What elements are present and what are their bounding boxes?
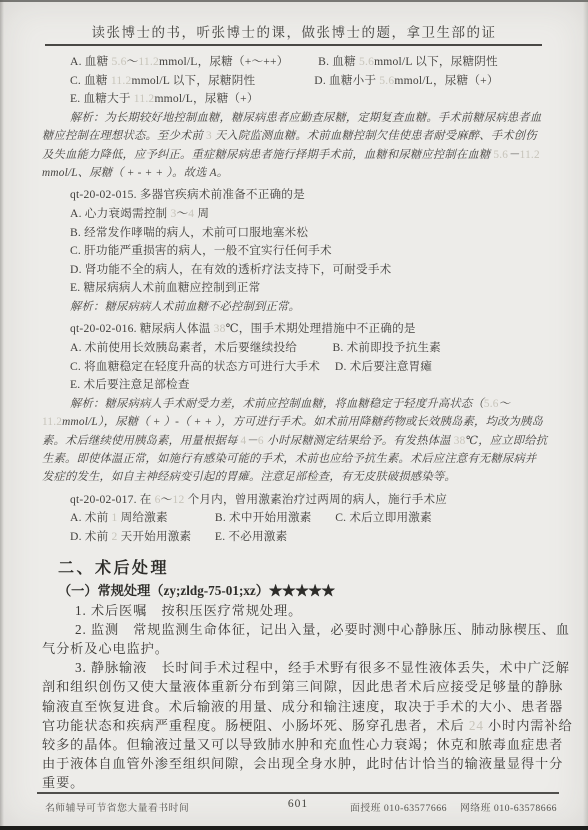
- faded-number: 5.6: [484, 398, 499, 410]
- scan-edge-bottom: [0, 826, 588, 830]
- body-line: 输液直至恢复进食。术后输液的用量、成分和输注速度，取决于手术的大小、患者器: [42, 697, 556, 716]
- scan-edge-right: [583, 0, 588, 830]
- footer-tagline: 名师辅导可节省您大量看书时间: [45, 800, 189, 814]
- faded-number: 1: [111, 511, 117, 524]
- body-line: 由于液体自血管外渗至组织间隙，会出现全身水肿，此时估计恰当的输液量显得十分: [42, 754, 556, 773]
- question-line: qt-20-02-015. 多器官疾病术前准备不正确的是: [42, 186, 556, 205]
- option-line: D. 肾功能不全的病人，在有效的透析疗法支持下，可耐受手术: [42, 261, 556, 280]
- faded-number: 6: [155, 493, 161, 506]
- option-line: B. 经常发作哮喘的病人，术前可口服地塞米松: [42, 224, 556, 243]
- faded-number: 38: [214, 322, 226, 335]
- body-line: 剖和组织创伤又使大量液体重新分布到第三间隙，因此患者术后应接受足够量的静脉: [42, 677, 556, 696]
- faded-number: 11.2: [111, 74, 132, 87]
- faded-number: 11.2: [138, 55, 159, 68]
- faded-number: 11.2: [42, 416, 62, 428]
- analysis-line: 11.2mmol/L），尿糖（ + ）-（ + + ），方可进行手术。如术前用降…: [42, 413, 556, 431]
- faded-number: 3: [170, 207, 176, 220]
- scan-edge-left: [0, 0, 4, 830]
- header-rule: [45, 44, 542, 46]
- option-line: C. 肝功能严重损害的病人，一般不宜实行任何手术: [42, 242, 556, 261]
- option-line: C. 将血糖稳定在轻度升高的状态方可进行大手术 D. 术后要注意胃瘫: [42, 358, 556, 377]
- option-line: A. 心力衰竭需控制 3～4 周: [42, 205, 556, 224]
- section-heading: 二、术后处理: [42, 557, 556, 580]
- analysis-line: 及失血能力降低，应予纠正。重症糖尿病患者施行择期手术前，血糖和尿糖应控制在血糖 …: [42, 146, 556, 164]
- faded-number: 2: [111, 530, 117, 543]
- body-line: 气分析及心电监护。: [42, 639, 556, 658]
- analysis-line: 解析：糖尿病病人手术耐受力差，术前应控制血糖，将血糖稳定于轻度升高状态（5.6～: [42, 395, 556, 413]
- analysis-line: 生素。即使体温正常，如施行有感染可能的手术，术前也应给予抗生素。术后应注意有无糖…: [42, 450, 556, 468]
- faded-number: 6: [258, 435, 264, 447]
- subsection-heading: （一）常规处理（zy;zldg-75-01;xz）★★★★★: [42, 580, 556, 601]
- analysis-line: mmol/L、尿糖（ + - + + ）。故选 A。: [42, 164, 556, 182]
- body-line: 较多的晶体。但输液过量又可以导致肺水肿和充血性心力衰竭；休克和脓毒血症患者: [42, 735, 556, 754]
- faded-number: 5.6: [359, 55, 374, 68]
- scanned-book-page: 读张博士的书，听张博士的课，做张博士的题，拿卫生部的证 A. 血糖 5.6～11…: [0, 0, 588, 830]
- contact-onsite-class: 面授班 010-63577666: [350, 803, 450, 814]
- option-line: E. 糖尿病病人术前血糖应控制到正常: [42, 279, 556, 298]
- header-slogan: 读张博士的书，听张博士的课，做张博士的题，拿卫生部的证: [0, 21, 588, 41]
- contact-label: 面授班: [350, 803, 381, 814]
- option-line: A. 血糖 5.6～11.2mmol/L，尿糖（+～++） B. 血糖 5.6m…: [42, 53, 556, 72]
- option-line: A. 术前使用长效胰岛素者，术后要继续投给 B. 术前即投予抗生素: [42, 339, 556, 358]
- faded-number: 5.6: [111, 55, 126, 68]
- contact-phone: 010-63577666: [384, 803, 447, 814]
- option-line: A. 术前 1 周给激素 B. 术中开始用激素 C. 术后立即用激素: [42, 509, 556, 528]
- question-line: qt-20-02-016. 糖尿病人体温 38℃，围手术期处理措施中不正确的是: [42, 320, 556, 339]
- page-number: 601: [288, 798, 308, 810]
- contact-online-class: 网络班 010-63578666: [460, 803, 557, 814]
- faded-number: 38: [454, 435, 466, 447]
- footer-contacts: 面授班 010-63577666 网络班 010-63578666: [350, 800, 557, 814]
- analysis-line: 解析：糖尿病病人术前血糖不必控制到正常。: [42, 298, 556, 316]
- faded-number: 11.2: [134, 92, 155, 105]
- body-line: 2. 监测 常规监测生命体征，记出入量，必要时测中心静脉压、肺动脉楔压、血: [42, 620, 556, 639]
- analysis-line: 发症的发生，如自主神经病变引起的胃瘫。注意足部检查，有无皮肤破损感染等。: [42, 468, 556, 486]
- analysis-line: 糖应控制在理想状态。至少术前 3 天入院监测血糖。术前血糖控制欠佳使患者耐受麻醉…: [42, 127, 556, 145]
- analysis-line: 解析：为长期较好地控制血糖，糖尿病患者应勤查尿糖，定期复查血糖。手术前糖尿病患者…: [42, 109, 556, 127]
- contact-label: 网络班: [460, 803, 491, 814]
- faded-number: 11.2: [520, 149, 540, 161]
- page-footer: 名师辅导可节省您大量看书时间 601 面授班 010-63577666 网络班 …: [37, 798, 559, 814]
- option-line: E. 术后要注意足部检查: [42, 376, 556, 395]
- question-line: qt-20-02-017. 在 6～12 个月内，曾用激素治疗过两周的病人，施行…: [42, 491, 556, 510]
- faded-number: 4: [188, 207, 194, 220]
- contact-phone: 010-63578666: [494, 803, 557, 814]
- body-line: 1. 术后医嘱 按积压医疗常规处理。: [42, 601, 556, 620]
- faded-number: 5.6: [379, 74, 394, 87]
- body-line: 官功能状态和疾病严重程度。肠梗阻、小肠坏死、肠穿孔患者，术后 24 小时内需补给: [42, 716, 556, 735]
- faded-number: 3: [206, 130, 212, 142]
- faded-number: 12: [172, 493, 184, 506]
- body-line: 3. 静脉输液 长时间手术过程中，经手术野有很多不显性液体丢失，术中广泛解: [42, 658, 556, 677]
- option-line: C. 血糖 11.2mmol/L 以下，尿糖阴性 D. 血糖小于 5.6mmol…: [42, 72, 556, 91]
- analysis-line: 素。术后继续使用胰岛素，用量根据每 4－6 小时尿糖测定结果给予。有发热体温 3…: [42, 432, 556, 450]
- faded-number: 4: [240, 435, 246, 447]
- faded-number: 5.6: [493, 149, 508, 161]
- option-line: E. 血糖大于 11.2mmol/L，尿糖（+）: [42, 90, 556, 109]
- option-line: D. 术前 2 天开始用激素 E. 不必用激素: [42, 528, 556, 547]
- scan-edge-top: [0, 0, 588, 2]
- faded-number: 24: [469, 718, 484, 733]
- footer-rule: [37, 792, 559, 794]
- body-line: 重要。: [42, 773, 556, 792]
- page-body-text: A. 血糖 5.6～11.2mmol/L，尿糖（+～++） B. 血糖 5.6m…: [42, 53, 556, 793]
